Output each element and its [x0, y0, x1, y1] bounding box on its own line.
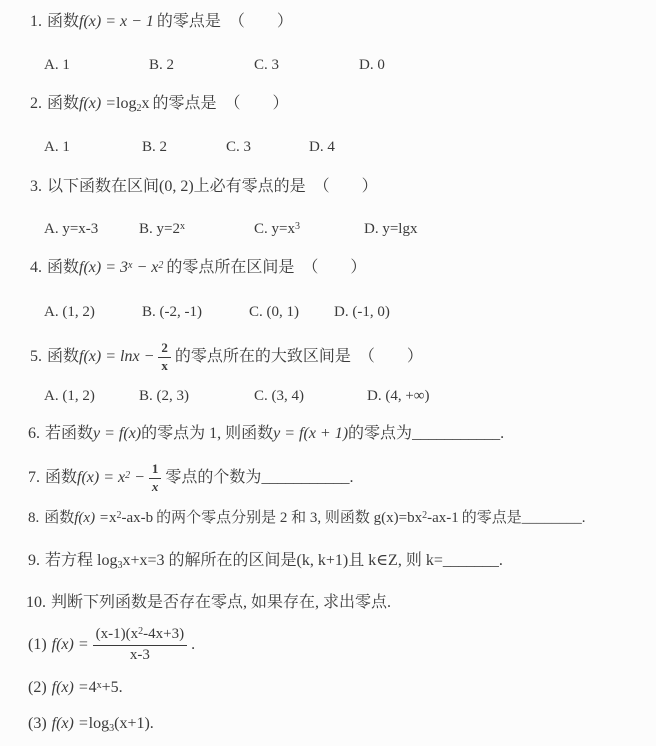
answer-blank-7: ___________: [261, 468, 349, 488]
worksheet-page: { "page": { "background": "#fcfcfc", "te…: [0, 0, 656, 746]
option-3a: A. y=x-3: [44, 219, 139, 239]
answer-blank-6: ___________: [412, 425, 500, 442]
question-6-post: 的零点为: [348, 425, 412, 442]
question-5-pre: 函数: [47, 347, 79, 367]
part-2-fx: f(x) =: [52, 679, 89, 696]
part-2-number: (2): [28, 679, 47, 696]
option-3d: D. y=lgx: [364, 219, 417, 239]
question-3-options: A. y=x-3B. y=2xC. y=x3D. y=lgx: [44, 219, 417, 239]
question-3-number: 3.: [30, 178, 42, 195]
question-6-formula-2: y = f(x + 1): [273, 425, 348, 442]
option-2b: B. 2: [142, 137, 226, 157]
question-10-part-2: (2)f(x) =4x+5.: [28, 678, 123, 698]
question-5-formula: f(x) = lnx −: [79, 347, 154, 367]
question-2-number: 2.: [30, 95, 42, 112]
question-4-pre: 函数: [47, 259, 79, 276]
question-8-post: 的零点是: [462, 510, 522, 526]
question-10-number: 10.: [26, 594, 46, 611]
option-4a: A. (1, 2): [44, 302, 142, 322]
question-5-post: 的零点所在的大致区间是 （ ）: [175, 347, 423, 367]
question-2-pre: 函数: [47, 95, 79, 112]
question-1-number: 1.: [30, 13, 42, 30]
question-8-mid: 的两个零点分别是 2 和 3, 则函数: [156, 510, 374, 526]
fraction-part-1: (x-1)(x2-4x+3)x-3: [93, 626, 187, 664]
question-3-text: 以下函数在区间(0, 2)上必有零点的是 （ ）: [47, 178, 378, 195]
option-1b: B. 2: [149, 55, 254, 75]
question-7-number: 7.: [28, 468, 40, 488]
question-4-formula: f(x) = 3x − x2: [79, 259, 163, 276]
question-1-post: 的零点是 （ ）: [157, 13, 293, 30]
question-8: 8.函数f(x) =x2-ax-b的两个零点分别是 2 和 3, 则函数 g(x…: [28, 508, 586, 528]
question-1-options: A. 1B. 2C. 3D. 0: [44, 55, 385, 75]
question-7-post: 零点的个数为: [165, 468, 261, 488]
option-5b: B. (2, 3): [139, 386, 254, 406]
question-9-number: 9.: [28, 552, 40, 569]
question-8-number: 8.: [28, 510, 39, 526]
option-3b: B. y=2x: [139, 219, 254, 239]
part-3-period: .: [150, 715, 154, 732]
part-1-number: (1): [28, 635, 47, 655]
question-9-period: .: [499, 552, 503, 569]
question-5-options: A. (1, 2)B. (2, 3)C. (3, 4)D. (4, +∞): [44, 386, 429, 406]
option-5d: D. (4, +∞): [367, 386, 429, 406]
option-5c: C. (3, 4): [254, 386, 367, 406]
question-6: 6.若函数y = f(x)的零点为 1, 则函数y = f(x + 1)的零点为…: [28, 424, 504, 444]
question-6-mid: 的零点为 1, 则函数: [141, 425, 273, 442]
question-9-equation: log3x+x=3: [97, 552, 165, 569]
option-2d: D. 4: [309, 137, 335, 157]
question-6-period: .: [500, 425, 504, 442]
question-10-stem: 10.判断下列函数是否存在零点, 如果存在, 求出零点.: [26, 593, 391, 613]
question-7: 7.函数f(x) = x2 −1x零点的个数为___________.: [28, 456, 353, 500]
question-9-pre: 若方程: [45, 552, 97, 569]
fraction-1-over-x: 1x: [149, 462, 162, 495]
question-5-number: 5.: [30, 347, 42, 367]
question-1-formula: f(x) = x − 1: [79, 13, 154, 30]
part-1-period: .: [191, 635, 195, 655]
question-8-period: .: [582, 510, 586, 526]
question-7-period: .: [349, 468, 353, 488]
option-2a: A. 1: [44, 137, 142, 157]
part-3-fx: f(x) =: [52, 715, 89, 732]
question-8-g-expression: g(x)=bx2-ax-1: [374, 510, 459, 526]
option-5a: A. (1, 2): [44, 386, 139, 406]
part-3-number: (3): [28, 715, 47, 732]
question-1-stem: 1.函数f(x) = x − 1的零点是 （ ）: [30, 12, 293, 32]
question-4-post: 的零点所在区间是 （ ）: [166, 259, 366, 276]
option-1a: A. 1: [44, 55, 149, 75]
part-3-expression: log3(x+1): [89, 715, 150, 732]
question-6-number: 6.: [28, 425, 40, 442]
question-8-fx: f(x) =: [74, 510, 109, 526]
question-4-number: 4.: [30, 259, 42, 276]
question-10-part-1: (1)f(x) =(x-1)(x2-4x+3)x-3.: [28, 622, 195, 668]
question-2-post: 的零点是 （ ）: [152, 95, 288, 112]
option-2c: C. 3: [226, 137, 309, 157]
option-4c: C. (0, 1): [249, 302, 334, 322]
question-5-stem: 5.函数f(x) = lnx −2x的零点所在的大致区间是 （ ）: [30, 335, 423, 379]
question-7-pre: 函数: [45, 468, 77, 488]
question-8-pre: 函数: [44, 510, 74, 526]
question-4-options: A. (1, 2)B. (-2, -1)C. (0, 1)D. (-1, 0): [44, 302, 390, 322]
option-4b: B. (-2, -1): [142, 302, 249, 322]
option-1d: D. 0: [359, 55, 385, 75]
question-6-formula-1: y = f(x): [93, 425, 141, 442]
question-3-stem: 3.以下函数在区间(0, 2)上必有零点的是 （ ）: [30, 177, 378, 197]
option-4d: D. (-1, 0): [334, 302, 390, 322]
question-6-pre: 若函数: [45, 425, 93, 442]
option-1c: C. 3: [254, 55, 359, 75]
question-9: 9.若方程 log3x+x=3 的解所在的区间是(k, k+1)且 k∈Z, 则…: [28, 551, 503, 571]
question-7-formula: f(x) = x2 −: [77, 468, 145, 488]
option-3c: C. y=x3: [254, 219, 364, 239]
question-8-f-expression: x2-ax-b: [109, 510, 153, 526]
answer-blank-8: ________: [522, 510, 582, 526]
fraction-2-over-x: 2x: [158, 341, 171, 374]
question-4-stem: 4.函数f(x) = 3x − x2的零点所在区间是 （ ）: [30, 258, 366, 278]
question-1-pre: 函数: [47, 13, 79, 30]
answer-blank-9: _______: [443, 552, 499, 569]
question-10-text: 判断下列函数是否存在零点, 如果存在, 求出零点.: [51, 594, 391, 611]
part-2-expression: 4x+5.: [89, 679, 123, 696]
question-2-log-expression: log2x: [116, 95, 149, 112]
question-2-formula: f(x) =: [79, 95, 116, 112]
question-9-post: 的解所在的区间是(k, k+1)且 k∈Z, 则 k=: [165, 552, 443, 569]
part-1-fx: f(x) =: [52, 635, 89, 655]
question-2-stem: 2.函数f(x) =log2x的零点是 （ ）: [30, 94, 288, 114]
question-10-part-3: (3)f(x) =log3(x+1).: [28, 714, 154, 734]
question-2-options: A. 1B. 2C. 3D. 4: [44, 137, 335, 157]
